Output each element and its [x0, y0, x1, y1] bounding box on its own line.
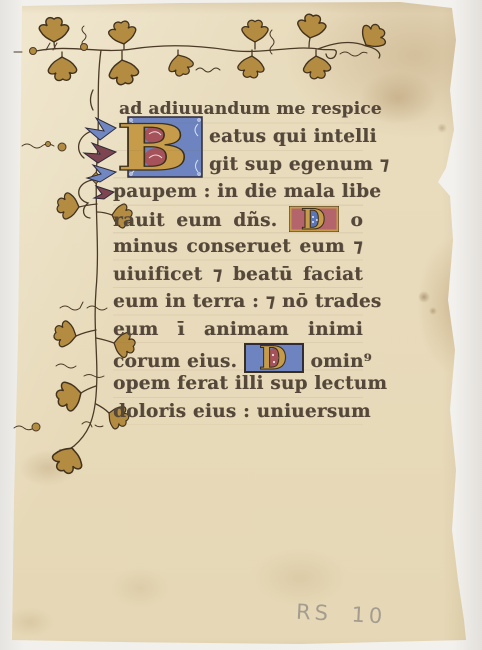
text-block: ad adiuuandum me respice eatus qui intel…: [113, 96, 363, 425]
line-text: corum eius.: [113, 351, 237, 372]
illuminated-initial-D2: D: [244, 343, 304, 373]
text-line: git sup egenum ⁊: [113, 151, 363, 178]
line-text: o: [350, 210, 363, 231]
line-text: git sup egenum ⁊: [209, 154, 389, 175]
line-text: omin⁹: [310, 351, 372, 372]
initial-letter-D2: D: [259, 343, 287, 373]
text-line: corum eius. D omin⁹: [113, 343, 363, 370]
text-line: opem ferat illi sup lectum: [113, 370, 363, 397]
line-text: paupem : in die mala libe: [113, 181, 381, 202]
text-line: eum ī animam inimi: [113, 316, 363, 343]
initial-letter-D1: D: [301, 206, 325, 232]
line-text: eatus qui intelli: [209, 126, 377, 147]
text-line: eum in terra : ⁊ nō trades: [113, 288, 363, 315]
line-text: doloris eius : uniuersum: [113, 401, 371, 422]
text-line: paupem : in die mala libe: [113, 178, 363, 205]
line-text: uiuificet ⁊ beatū faciat: [113, 264, 363, 285]
photo-background: B ad adiuuandum me respice eatus qui int…: [0, 0, 482, 650]
illuminated-initial-D1: D: [289, 206, 339, 232]
line-text: eum ī animam inimi: [113, 319, 363, 340]
header-text: ad adiuuandum me respice: [119, 99, 382, 119]
line-text: opem ferat illi sup lectum: [113, 373, 387, 394]
text-line: doloris eius : uniuersum: [113, 398, 363, 425]
text-line: eatus qui intelli: [113, 123, 363, 150]
text-line: uiuificet ⁊ beatū faciat: [113, 261, 363, 288]
text-line-header: ad adiuuandum me respice: [119, 96, 345, 123]
text-line: rauit eum dñs. D o: [113, 206, 363, 233]
text-line: minus conseruet eum ⁊: [113, 233, 363, 260]
pencil-inscription: RS 10: [295, 600, 386, 629]
line-text: eum in terra : ⁊ nō trades: [113, 291, 381, 312]
line-text: rauit eum dñs.: [113, 210, 277, 231]
line-text: minus conseruet eum ⁊: [113, 236, 363, 257]
